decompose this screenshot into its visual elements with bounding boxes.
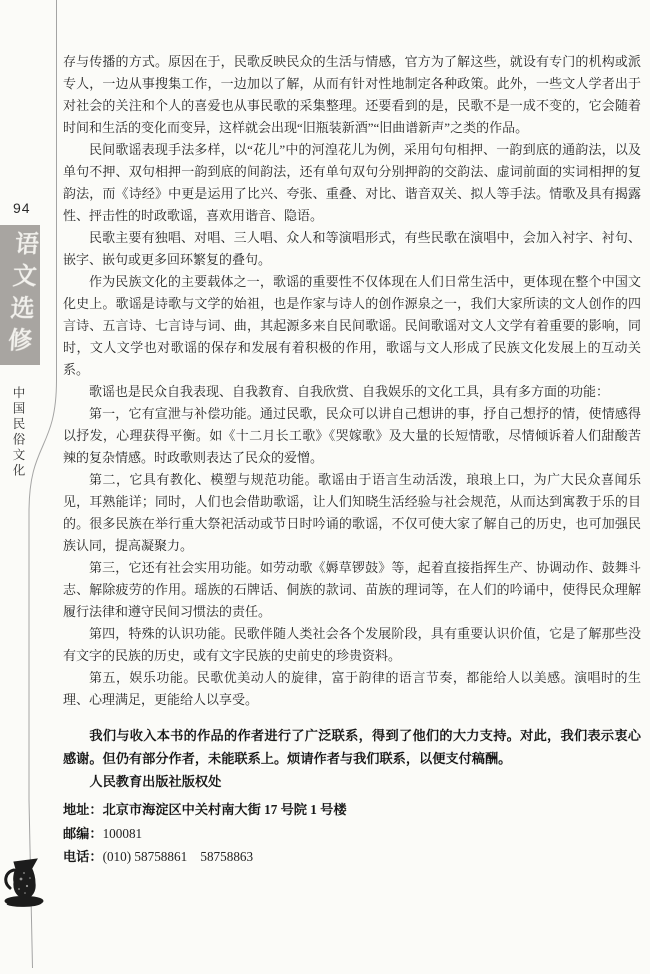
phone-label: 电话： xyxy=(63,849,103,864)
page-body: 存与传播的方式。原因在于，民歌反映民众的生活与情感，官方为了解这些，就设有专门的… xyxy=(63,51,641,869)
body-paragraph: 存与传播的方式。原因在于，民歌反映民众的生活与情感，官方为了解这些，就设有专门的… xyxy=(63,51,641,139)
body-paragraph: 第五，娱乐功能。民歌优美动人的旋律，富于韵律的语言节奏，都能给人以美感。演唱时的… xyxy=(63,667,641,711)
scanned-book-page: 94 语文选修 中国民俗文化 存与传播的方式。原因在于，民歌反映民众的生活与情感… xyxy=(0,0,650,974)
book-title-vertical: 中国民俗文化 xyxy=(9,386,27,479)
body-paragraph: 民间歌谣表现手法多样，以“花儿”中的河湟花儿为例，采用句句相押、一韵到底的通韵法… xyxy=(63,139,641,227)
publisher-contact-block: 地址：北京市海淀区中关村南大街 17 号院 1 号楼 邮编：100081 电话：… xyxy=(63,798,641,869)
address-label: 地址： xyxy=(63,802,103,817)
postcode-line: 邮编：100081 xyxy=(63,822,641,846)
pottery-jug-illustration xyxy=(1,855,47,911)
body-paragraph: 第三，它还有社会实用功能。如劳动歌《媷草锣鼓》等，起着直接指挥生产、协调动作、鼓… xyxy=(63,557,641,623)
copyright-notice: 我们与收入本书的作品的作者进行了广泛联系，得到了他们的大力支持。对此，我们表示衷… xyxy=(63,724,641,770)
body-paragraph: 作为民族文化的主要载体之一，歌谣的重要性不仅体现在人们日常生活中，更体现在整个中… xyxy=(63,271,641,381)
postcode-label: 邮编： xyxy=(63,826,103,841)
copyright-notice-block: 我们与收入本书的作品的作者进行了广泛联系，得到了他们的大力支持。对此，我们表示衷… xyxy=(63,724,641,793)
phone-line: 电话：(010) 58758861 58758863 xyxy=(63,845,641,869)
phone-value: (010) 58758861 58758863 xyxy=(103,849,254,864)
body-paragraph: 第二，它具有教化、模塑与规范功能。歌谣由于语言生动活泼，琅琅上口，为广大民众喜闻… xyxy=(63,469,641,557)
address-line: 地址：北京市海淀区中关村南大街 17 号院 1 号楼 xyxy=(63,798,641,822)
series-title-block: 语文选修 xyxy=(0,225,40,365)
address-value: 北京市海淀区中关村南大街 17 号院 1 号楼 xyxy=(103,802,347,817)
series-title-vertical: 语文选修 xyxy=(0,231,42,359)
body-paragraph: 第四，特殊的认识功能。民歌伴随人类社会各个发展阶段，具有重要认识价值，它是了解那… xyxy=(63,623,641,667)
body-paragraph: 歌谣也是民众自我表现、自我教育、自我欣赏、自我娱乐的文化工具，具有多方面的功能： xyxy=(63,381,641,403)
publisher-signature: 人民教育出版社版权处 xyxy=(63,770,641,793)
postcode-value: 100081 xyxy=(103,826,143,841)
body-paragraph: 第一，它有宣泄与补偿功能。通过民歌，民众可以讲自己想讲的事，抒自己想抒的情，使情… xyxy=(63,403,641,469)
body-paragraph: 民歌主要有独唱、对唱、三人唱、众人和等演唱形式，有些民歌在演唱中，会加入衬字、衬… xyxy=(63,227,641,271)
page-number: 94 xyxy=(13,200,31,216)
